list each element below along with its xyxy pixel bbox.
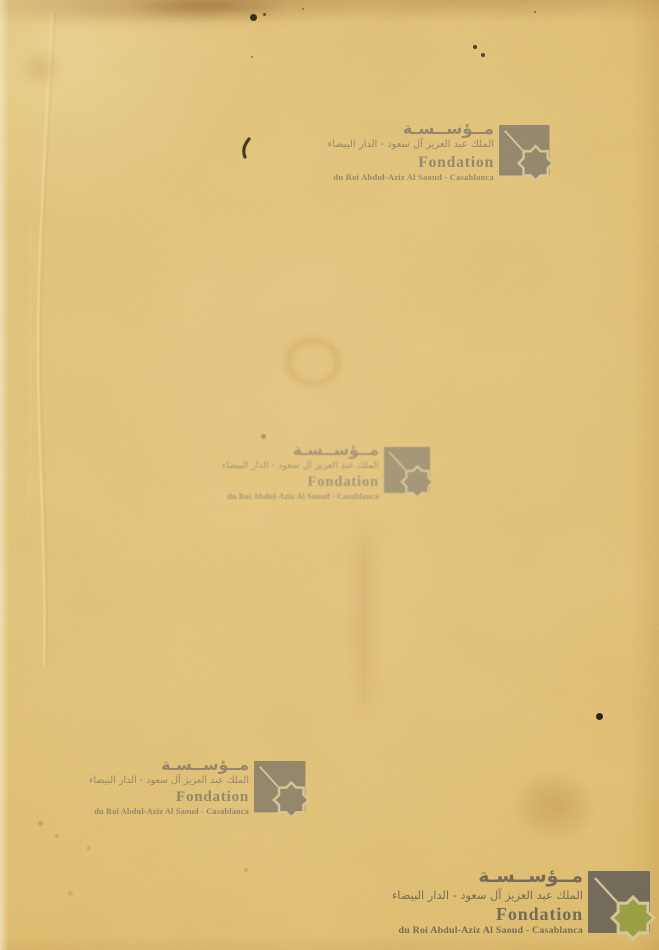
ink-speck <box>251 56 253 58</box>
eight-point-star-icon <box>519 146 553 180</box>
foxing-dot <box>244 868 248 872</box>
mottle-layer <box>0 0 659 950</box>
ink-speck <box>596 713 603 720</box>
watermark-subtitle-latin: du Roi Abdul-Aziz Al Saoud - Casablanca <box>399 925 583 938</box>
ink-speck <box>473 45 477 49</box>
watermark-subtitle-arabic: الملك عبد العزيز آل سعود - الدار البيضاء <box>328 139 494 151</box>
fondation-logo-icon <box>588 871 658 941</box>
logo-square <box>588 871 650 933</box>
fondation-logo-icon <box>499 125 556 182</box>
watermark-title-latin: Fondation <box>307 474 379 491</box>
logo-square <box>384 447 430 493</box>
foxing-dot <box>38 821 43 826</box>
stain-top-smudge-right <box>300 0 620 14</box>
watermark-text-block: مــؤســسـة الملك عبد العزيز آل سعود - ال… <box>89 756 249 817</box>
ink-speck <box>534 11 536 13</box>
logo-needle <box>260 767 278 787</box>
stain-left-blob <box>18 48 64 88</box>
watermark-title-latin: Fondation <box>496 904 583 924</box>
logo-needle <box>595 878 617 902</box>
eight-point-star-icon <box>612 897 654 939</box>
watermark-stamp-middle: مــؤســسـة الملك عبد العزيز آل سعود - ال… <box>222 442 436 502</box>
watermark-subtitle-latin: du Roi Abdul-Aziz Al Saoud - Casablanca <box>227 492 379 503</box>
watermark-text-block: مــؤســسـة الملك عبد العزيز آل سعود - ال… <box>328 120 494 184</box>
fondation-logo-icon <box>384 447 436 499</box>
watermark-title-arabic: مــؤســسـة <box>403 120 494 138</box>
watermark-stamp-bottom-left: مــؤســسـة الملك عبد العزيز آل سعود - ال… <box>89 756 312 819</box>
foxing-dot <box>261 434 266 439</box>
ink-speck <box>481 53 485 57</box>
ink-speck <box>263 13 266 16</box>
watermark-title-arabic: مــؤســسـة <box>161 756 249 774</box>
fondation-logo-icon <box>254 761 312 819</box>
foxing-dot <box>68 891 73 896</box>
watermark-text-block: مــؤســسـة الملك عبد العزيز آل سعود - ال… <box>222 442 379 502</box>
watermark-title-latin: Fondation <box>418 154 494 172</box>
stain-ring <box>276 330 350 394</box>
pen-mark <box>244 139 249 157</box>
watermark-subtitle-latin: du Roi Abdul-Aziz Al Saoud - Casablanca <box>333 172 494 183</box>
paper-crease-lines <box>0 0 659 950</box>
watermark-stamp-top-right: مــؤســسـة الملك عبد العزيز آل سعود - ال… <box>328 120 556 184</box>
logo-needle <box>505 131 523 151</box>
eight-point-star-icon <box>402 466 433 497</box>
stain-blotch-bottom-right <box>503 762 607 850</box>
grain-texture <box>0 0 659 950</box>
watermark-title-arabic: مــؤســسـة <box>293 442 379 459</box>
watermark-subtitle-arabic: الملك عبد العزيز آل سعود - الدار البيضاء <box>222 460 379 472</box>
center-fold-shadow <box>364 540 365 700</box>
watermark-title-arabic: مــؤســسـة <box>478 866 583 887</box>
watermark-subtitle-arabic: الملك عبد العزيز آل سعود - الدار البيضاء <box>392 888 583 902</box>
stain-vertical-streak <box>354 515 374 725</box>
foxing-dot <box>55 834 59 838</box>
watermark-title-latin: Fondation <box>176 789 249 806</box>
eight-point-star-icon <box>274 783 309 818</box>
watermark-text-block: مــؤســسـة الملك عبد العزيز آل سعود - ال… <box>392 866 583 938</box>
scanned-page: مــؤســسـة الملك عبد العزيز آل سعود - ال… <box>0 0 659 950</box>
ink-speck <box>302 8 304 10</box>
watermark-subtitle-latin: du Roi Abdul-Aziz Al Saoud - Casablanca <box>94 807 249 818</box>
foxing-dot <box>87 846 91 850</box>
vertical-crease <box>38 14 52 665</box>
light-grain-layer <box>0 0 659 950</box>
watermark-subtitle-arabic: الملك عبد العزيز آل سعود - الدار البيضاء <box>89 775 249 787</box>
vertical-crease-shadow <box>41 14 55 665</box>
ink-speck <box>250 14 257 21</box>
secondary-crease <box>28 210 31 530</box>
dark-grain-layer <box>0 0 659 950</box>
stain-top-smudge-dark <box>128 0 288 18</box>
logo-square <box>499 125 549 175</box>
logo-needle <box>389 452 405 470</box>
watermark-stamp-bottom-right: مــؤســسـة الملك عبد العزيز آل سعود - ال… <box>392 866 658 941</box>
stain-top-smudge <box>0 0 416 30</box>
logo-square <box>254 761 305 812</box>
